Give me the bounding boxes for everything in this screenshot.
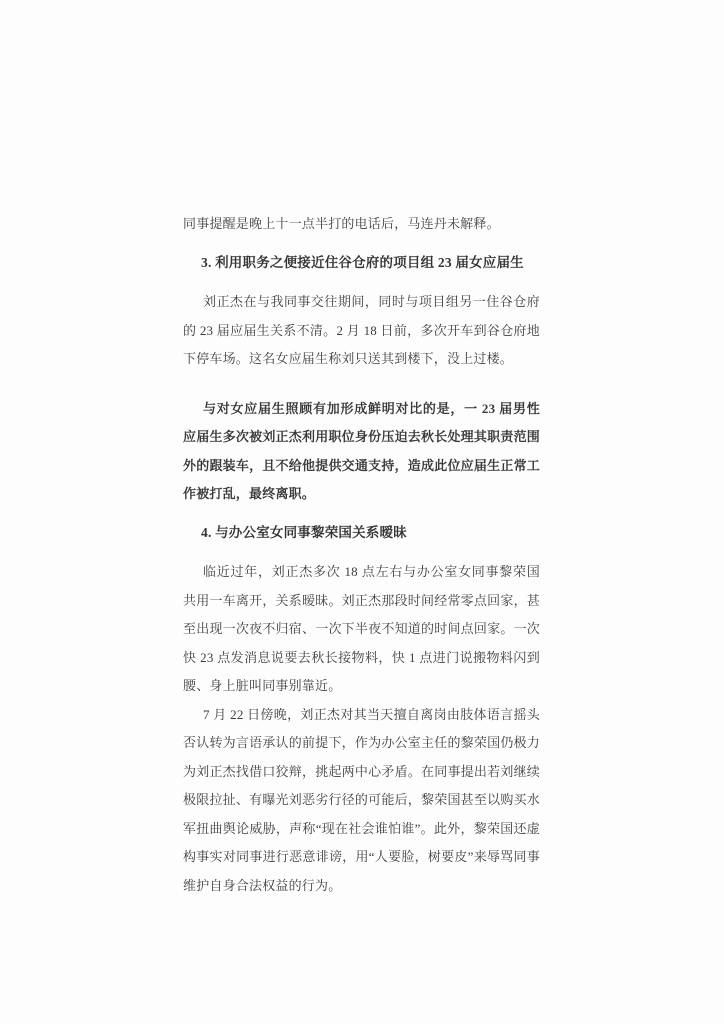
paragraph-section3-body: 刘正杰在与我同事交往期间，同时与项目组另一住谷仓府的 23 届应届生关系不清。2… <box>183 288 540 374</box>
section-heading-3: 3. 利用职务之便接近住谷仓府的项目组 23 届女应届生 <box>183 249 540 278</box>
paragraph-section3-bold-contrast: 与对女应届生照顾有加形成鲜明对比的是，一 23 届男性应届生多次被刘正杰利用职位… <box>183 395 540 509</box>
section-heading-4: 4. 与办公室女同事黎荣国关系暧昧 <box>183 519 540 548</box>
document-page: 同事提醒是晚上十一点半打的电话后，马连丹未解释。 3. 利用职务之便接近住谷仓府… <box>0 0 724 1024</box>
paragraph-section4-body-2: 7 月 22 日傍晚，刘正杰对其当天擅自离岗由肢体语言摇头否认转为言语承认的前提… <box>183 701 540 901</box>
paragraph-intro-continuation: 同事提醒是晚上十一点半打的电话后，马连丹未解释。 <box>183 210 540 239</box>
document-text-column: 同事提醒是晚上十一点半打的电话后，马连丹未解释。 3. 利用职务之便接近住谷仓府… <box>183 210 540 900</box>
paragraph-section4-body-1: 临近过年，刘正杰多次 18 点左右与办公室女同事黎荣国共用一车离开，关系暧昧。刘… <box>183 558 540 701</box>
